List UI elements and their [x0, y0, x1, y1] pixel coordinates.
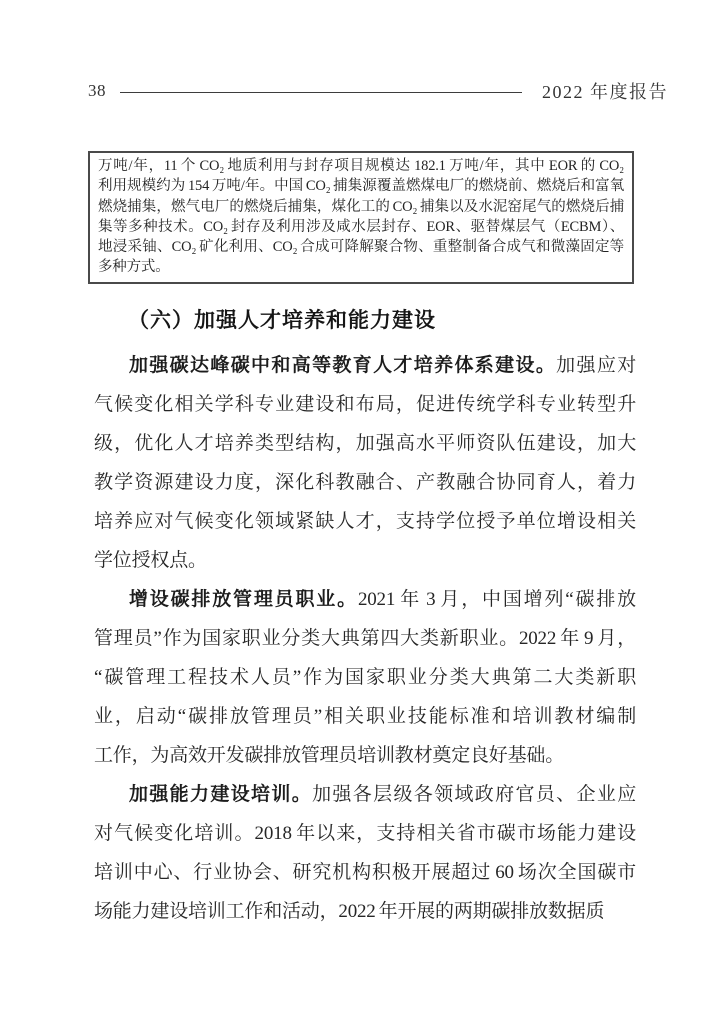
paragraph-line: 场能力建设培训工作和活动，2022 年开展的两期碳排放数据质 — [94, 892, 636, 931]
header-rule — [120, 92, 522, 93]
paragraph-occupation: 增设碳排放管理员职业。2021 年 3 月，中国增列“碳排放 管理员”作为国家职… — [94, 580, 636, 775]
paragraph-line: 工作，为高效开发碳排放管理员培训教材奠定良好基础。 — [94, 736, 636, 775]
paragraph-line: “碳管理工程技术人员”作为国家职业分类大典第二大类新职 — [94, 658, 636, 697]
paragraph-lead: 加强碳达峰碳中和高等教育人才培养体系建设。 — [129, 355, 556, 376]
paragraph-line: 对气候变化培训。2018 年以来，支持相关省市碳市场能力建设 — [94, 814, 636, 853]
co2-summary-box: 万吨/年，11 个 CO₂ 地质利用与封存项目规模达 182.1 万吨/年，其中… — [88, 151, 634, 284]
box-line: 集等多种技术。CO₂ 封存及利用涉及咸水层封存、EOR、驱替煤层气（ECBM）、 — [98, 217, 624, 237]
paragraph-first-line: 加强能力建设培训。加强各层级各领域政府官员、企业应 — [94, 775, 636, 814]
page-number: 38 — [88, 81, 106, 101]
section-heading: （六）加强人才培养和能力建设 — [128, 304, 724, 334]
body-text: 加强碳达峰碳中和高等教育人才培养体系建设。加强应对 气候变化相关学科专业建设和布… — [94, 346, 636, 931]
box-line: 利用规模约为 154 万吨/年。中国 CO₂ 捕集源覆盖燃煤电厂的燃烧前、燃烧后… — [98, 176, 624, 196]
paragraph-first-line: 增设碳排放管理员职业。2021 年 3 月，中国增列“碳排放 — [94, 580, 636, 619]
paragraph-training: 加强能力建设培训。加强各层级各领域政府官员、企业应 对气候变化培训。2018 年… — [94, 775, 636, 931]
paragraph-lead: 增设碳排放管理员职业。 — [129, 589, 358, 610]
paragraph-text: 加强应对 — [556, 355, 636, 376]
paragraph-lead: 加强能力建设培训。 — [129, 784, 312, 805]
paragraph-line: 气候变化相关学科专业建设和布局，促进传统学科专业转型升 — [94, 385, 636, 424]
paragraph-line: 管理员”作为国家职业分类大典第四大类新职业。2022 年 9 月， — [94, 619, 636, 658]
document-page: 38 2022 年度报告 万吨/年，11 个 CO₂ 地质利用与封存项目规模达 … — [0, 0, 724, 1023]
paragraph-line: 培养应对气候变化领域紧缺人才，支持学位授予单位增设相关 — [94, 502, 636, 541]
paragraph-education: 加强碳达峰碳中和高等教育人才培养体系建设。加强应对 气候变化相关学科专业建设和布… — [94, 346, 636, 580]
header-title: 2022 年度报告 — [542, 78, 668, 104]
paragraph-line: 业，启动“碳排放管理员”相关职业技能标准和培训教材编制 — [94, 697, 636, 736]
paragraph-text: 加强各层级各领域政府官员、企业应 — [312, 784, 636, 805]
paragraph-first-line: 加强碳达峰碳中和高等教育人才培养体系建设。加强应对 — [94, 346, 636, 385]
box-line: 燃烧捕集，燃气电厂的燃烧后捕集，煤化工的 CO₂ 捕集以及水泥窑尾气的燃烧后捕 — [98, 197, 624, 217]
paragraph-line: 教学资源建设力度，深化科教融合、产教融合协同育人，着力 — [94, 463, 636, 502]
box-line: 地浸采铀、CO₂ 矿化利用、CO₂ 合成可降解聚合物、重整制备合成气和微藻固定等 — [98, 237, 624, 257]
paragraph-line: 培训中心、行业协会、研究机构积极开展超过 60 场次全国碳市 — [94, 853, 636, 892]
page-header: 38 2022 年度报告 — [88, 0, 668, 104]
paragraph-line: 学位授权点。 — [94, 541, 636, 580]
box-line: 多种方式。 — [98, 257, 624, 277]
paragraph-text: 2021 年 3 月，中国增列“碳排放 — [358, 589, 636, 610]
box-line: 万吨/年，11 个 CO₂ 地质利用与封存项目规模达 182.1 万吨/年，其中… — [98, 156, 624, 176]
paragraph-line: 级，优化人才培养类型结构，加强高水平师资队伍建设，加大 — [94, 424, 636, 463]
